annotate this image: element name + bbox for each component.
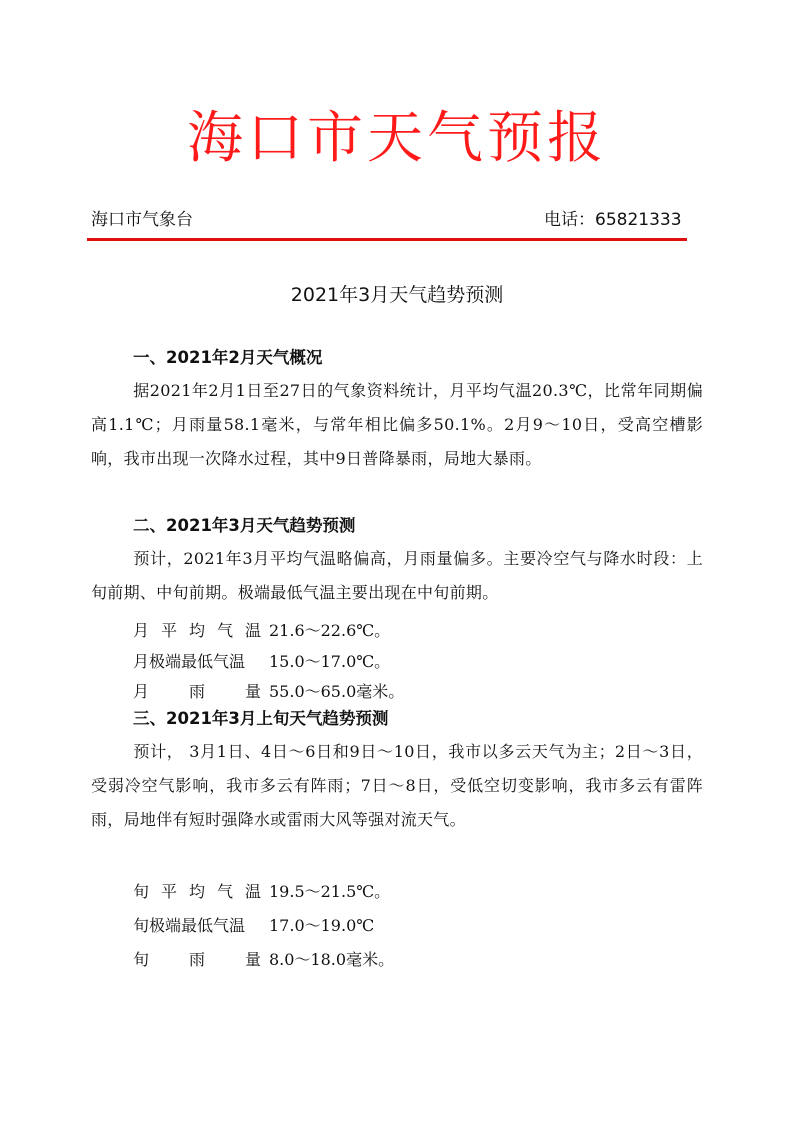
stat-value: 55.0～65.0毫米。 xyxy=(269,681,404,703)
stat-row: 旬平均气温 19.5～21.5℃。 xyxy=(133,881,390,903)
section-heading-3: 三、2021年3月上旬天气趋势预测 xyxy=(133,708,388,730)
phone-number: 电话：65821333 xyxy=(544,208,682,232)
stat-value: 8.0～18.0毫米。 xyxy=(269,949,394,971)
stat-label: 月平均气温 xyxy=(133,620,261,642)
stat-value: 15.0～17.0℃。 xyxy=(269,651,390,673)
stat-label: 月雨量 xyxy=(133,681,261,703)
section-paragraph-1: 据2021年2月1日至27日的气象资料统计，月平均气温20.3℃，比常年同期偏高… xyxy=(91,374,703,476)
stat-label: 旬极端最低气温 xyxy=(133,915,261,937)
organization-name: 海口市气象台 xyxy=(91,208,193,232)
stat-row: 旬雨量 8.0～18.0毫米。 xyxy=(133,949,394,971)
section-heading-1: 一、2021年2月天气概况 xyxy=(133,347,322,369)
stat-value: 19.5～21.5℃。 xyxy=(269,881,390,903)
masthead-title: 海口市天气预报 xyxy=(0,104,794,174)
stat-label: 月极端最低气温 xyxy=(133,651,261,673)
stat-row: 月极端最低气温 15.0～17.0℃。 xyxy=(133,651,390,673)
stat-label: 旬雨量 xyxy=(133,949,261,971)
stat-value: 21.6～22.6℃。 xyxy=(269,620,390,642)
section-heading-2: 二、2021年3月天气趋势预测 xyxy=(133,515,355,537)
document-title: 2021年3月天气趋势预测 xyxy=(0,282,794,308)
section-paragraph-2: 预计，2021年3月平均气温略偏高，月雨量偏多。主要冷空气与降水时段：上旬前期、… xyxy=(91,542,703,610)
header-divider xyxy=(87,238,687,241)
stat-row: 月雨量 55.0～65.0毫米。 xyxy=(133,681,404,703)
stat-row: 月平均气温 21.6～22.6℃。 xyxy=(133,620,390,642)
section-paragraph-3: 预计， 3月1日、4日～6日和9日～10日，我市以多云天气为主；2日～3日，受弱… xyxy=(91,735,703,837)
stat-row: 旬极端最低气温 17.0～19.0℃ xyxy=(133,915,374,937)
stat-value: 17.0～19.0℃ xyxy=(269,915,374,937)
stat-label: 旬平均气温 xyxy=(133,881,261,903)
